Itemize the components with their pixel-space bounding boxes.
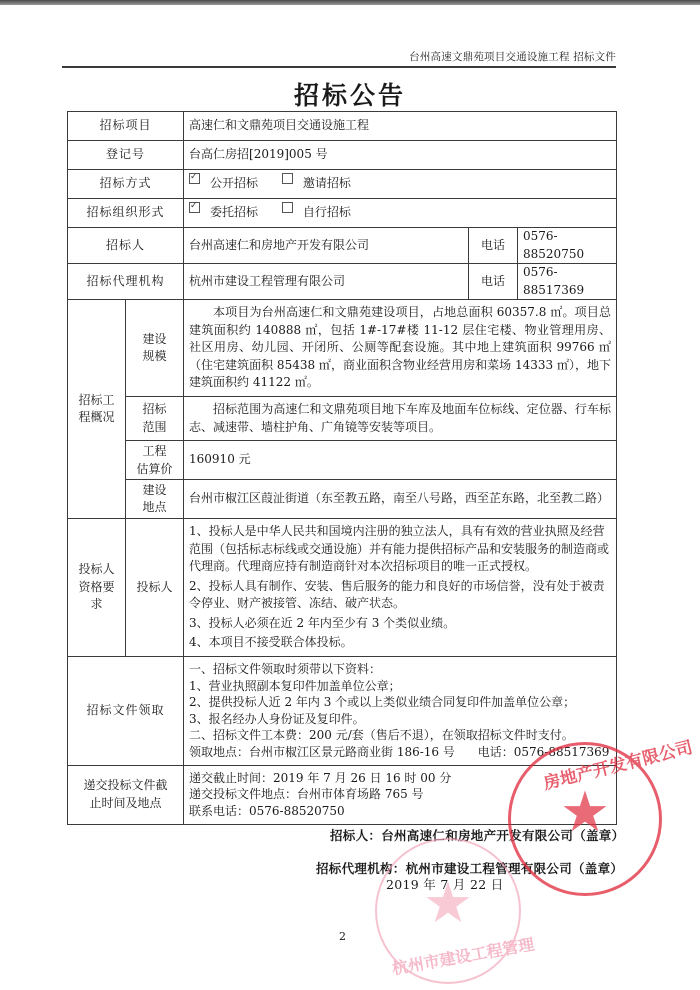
label-qualification-sub: 投标人 (126, 519, 184, 657)
value-scale: 本项目为台州高速仁和文鼎苑建设项目，占地总面积 60357.8 ㎡。项目总建筑面… (184, 300, 617, 397)
label-org-form: 招标组织形式 (68, 199, 184, 228)
label-agency: 招标代理机构 (68, 264, 184, 300)
row-qualification: 投标人资格要求 投标人 1、投标人是中华人民共和国境内注册的独立法人，具有有效的… (68, 519, 617, 657)
label-submission: 递交投标文件截止时间及地点 (68, 765, 184, 824)
row-org-form: 招标组织形式 委托招标 自行招标 (68, 199, 617, 228)
label-overview: 招标工程概况 (68, 300, 126, 519)
qualification-item: 4、本项目不接受联合体投标。 (189, 634, 611, 652)
checkbox-empty-icon (282, 202, 293, 213)
value-estimate: 160910 元 (184, 441, 617, 480)
value-org-form: 委托招标 自行招标 (184, 199, 617, 228)
row-overview-scope: 招标范围 招标范围为高速仁和文鼎苑项目地下车库及地面车位标线、定位器、行车标志、… (68, 397, 617, 441)
label-location: 建设地点 (126, 480, 184, 519)
row-overview-estimate: 工程 估算价 160910 元 (68, 441, 617, 480)
label-agency-phone: 电话 (469, 264, 518, 300)
agency-seal-text: 杭州市建设工程管理 (390, 932, 536, 980)
scan-edge (0, 0, 700, 5)
label-scale: 建设规模 (126, 300, 184, 397)
header-rule (62, 66, 616, 68)
value-reg-no: 台高仁房招[2019]005 号 (184, 141, 617, 170)
value-tenderer: 台州高速仁和房地产开发有限公司 (184, 228, 469, 264)
value-agency: 杭州市建设工程管理有限公司 (184, 264, 469, 300)
option-self-tender: 自行招标 (303, 205, 351, 219)
checkbox-checked-icon (189, 173, 200, 184)
value-scope: 招标范围为高速仁和文鼎苑项目地下车库及地面车位标线、定位器、行车标志、减速带、墙… (184, 397, 617, 441)
label-tenderer: 招标人 (68, 228, 184, 264)
label-reg-no: 登记号 (68, 141, 184, 170)
value-agency-phone: 0576-88517369 (518, 264, 617, 300)
row-submission: 递交投标文件截止时间及地点 递交截止时间：2019 年 7 月 26 日 16 … (68, 765, 617, 824)
label-tenderer-phone: 电话 (469, 228, 518, 264)
notice-table: 招标项目 高速仁和文鼎苑项目交通设施工程 登记号 台高仁房招[2019]005 … (67, 111, 617, 825)
checkbox-empty-icon (282, 173, 293, 184)
option-entrusted-tender: 委托招标 (210, 205, 258, 219)
signature-date: 2019 年 7 月 22 日 (386, 875, 504, 893)
scale-text: 本项目为台州高速仁和文鼎苑建设项目，占地总面积 60357.8 ㎡。项目总建筑面… (189, 304, 611, 392)
value-qualification: 1、投标人是中华人民共和国境内注册的独立法人，具有有效的营业执照及经营范围（包括… (184, 519, 617, 657)
pickup-line: 一、招标文件领取时须带以下资料： (189, 661, 611, 678)
margin-seal-fragment (686, 330, 696, 480)
page-number: 2 (339, 930, 346, 943)
label-qualification: 投标人资格要求 (68, 519, 126, 657)
pickup-line: 2、提供投标人近 2 年内 3 个或以上类似业绩合同复印件加盖单位公章； (189, 694, 611, 711)
row-overview-location: 建设地点 台州市椒江区葭沚街道（东至教五路，南至八号路，西至芷东路，北至教二路） (68, 480, 617, 519)
value-method: 公开招标 邀请招标 (184, 170, 617, 199)
submission-line: 联系电话：0576-88520750 (189, 803, 611, 820)
row-tenderer: 招标人 台州高速仁和房地产开发有限公司 电话 0576-88520750 (68, 228, 617, 264)
pickup-line: 领取地点：台州市椒江区景元路商业街 186-16 号 电话：0576-88517… (189, 744, 611, 761)
label-scope: 招标范围 (126, 397, 184, 441)
value-submission: 递交截止时间：2019 年 7 月 26 日 16 时 00 分 递交投标文件地… (184, 765, 617, 824)
pickup-line: 1、营业执照副本复印件加盖单位公章； (189, 678, 611, 695)
row-reg-no: 登记号 台高仁房招[2019]005 号 (68, 141, 617, 170)
value-project: 高速仁和文鼎苑项目交通设施工程 (184, 112, 617, 141)
qualification-item: 3、投标人必须在近 2 年内至少有 3 个类似业绩。 (189, 615, 611, 633)
tenderer-signature: 招标人：台州高速仁和房地产开发有限公司（盖章） (330, 826, 624, 844)
option-open-tender: 公开招标 (210, 176, 258, 190)
row-doc-pickup: 招标文件领取 一、招标文件领取时须带以下资料： 1、营业执照副本复印件加盖单位公… (68, 656, 617, 765)
row-project: 招标项目 高速仁和文鼎苑项目交通设施工程 (68, 112, 617, 141)
running-header: 台州高速文鼎苑项目交通设施工程 招标文件 (390, 49, 616, 64)
label-estimate-line1: 工程 (143, 444, 167, 458)
submission-line: 递交截止时间：2019 年 7 月 26 日 16 时 00 分 (189, 770, 611, 787)
row-overview-scale: 招标工程概况 建设规模 本项目为台州高速仁和文鼎苑建设项目，占地总面积 6035… (68, 300, 617, 397)
value-tenderer-phone: 0576-88520750 (518, 228, 617, 264)
value-location: 台州市椒江区葭沚街道（东至教五路，南至八号路，西至芷东路，北至教二路） (184, 480, 617, 519)
label-estimate-line2: 估算价 (137, 462, 173, 476)
row-agency: 招标代理机构 杭州市建设工程管理有限公司 电话 0576-88517369 (68, 264, 617, 300)
scope-text: 招标范围为高速仁和文鼎苑项目地下车库及地面车位标线、定位器、行车标志、减速带、墙… (189, 401, 611, 436)
page-title: 招标公告 (0, 76, 700, 112)
checkbox-checked-icon (189, 202, 200, 213)
label-method: 招标方式 (68, 170, 184, 199)
submission-line: 递交投标文件地点：台州市体育场路 765 号 (189, 786, 611, 803)
label-doc-pickup: 招标文件领取 (68, 656, 184, 765)
value-doc-pickup: 一、招标文件领取时须带以下资料： 1、营业执照副本复印件加盖单位公章； 2、提供… (184, 656, 617, 765)
option-invited-tender: 邀请招标 (303, 176, 351, 190)
label-estimate: 工程 估算价 (126, 441, 184, 480)
label-project: 招标项目 (68, 112, 184, 141)
row-method: 招标方式 公开招标 邀请招标 (68, 170, 617, 199)
pickup-line: 3、报名经办人身份证及复印件。 (189, 711, 611, 728)
qualification-item: 1、投标人是中华人民共和国境内注册的独立法人，具有有效的营业执照及经营范围（包括… (189, 523, 611, 576)
qualification-item: 2、投标人具有制作、安装、售后服务的能力和良好的市场信誉，没有处于被责令停业、财… (189, 578, 611, 613)
pickup-line: 二、招标文件工本费：200 元/套（售后不退），在领取招标文件时支付。 (189, 727, 611, 744)
